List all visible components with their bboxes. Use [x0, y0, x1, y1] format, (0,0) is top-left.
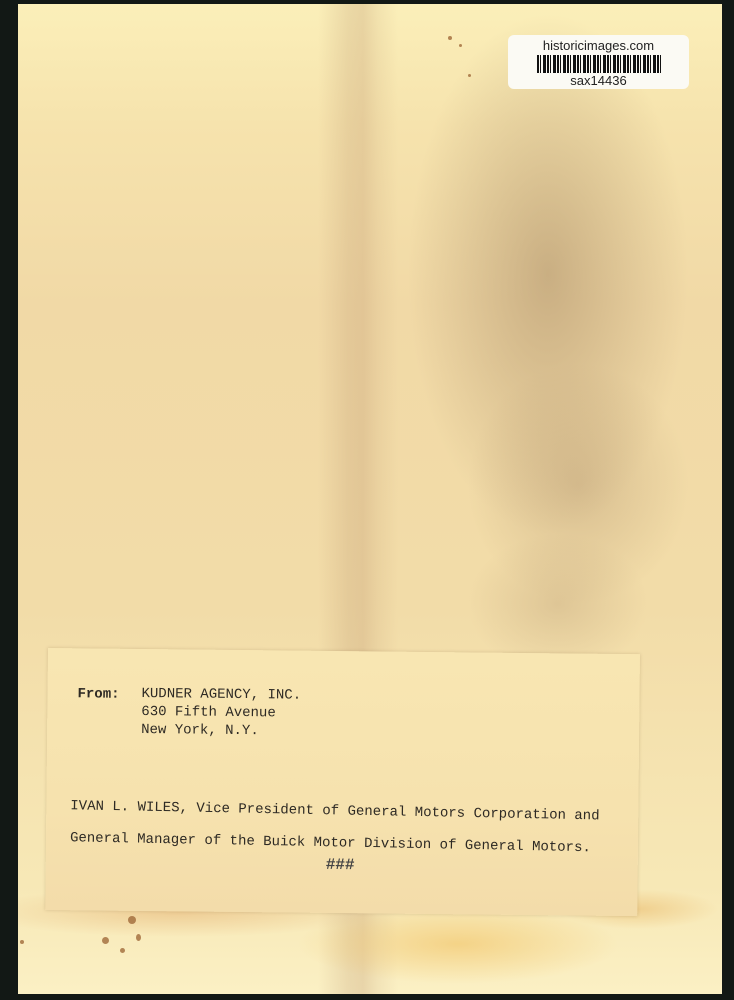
- sender-street: 630 Fifth Avenue: [141, 703, 301, 723]
- barcode-sticker: historicimages.com sax14436: [508, 35, 689, 89]
- sender-name: KUDNER AGENCY, INC.: [141, 685, 301, 705]
- sticker-id-text: sax14436: [570, 74, 626, 88]
- stain-spot: [128, 916, 136, 924]
- from-label: From:: [77, 684, 119, 704]
- stain-spot: [20, 940, 24, 944]
- sticker-site-text: historicimages.com: [543, 39, 654, 53]
- caption-label: From: KUDNER AGENCY, INC. 630 Fifth Aven…: [45, 648, 640, 916]
- sender-address: KUDNER AGENCY, INC. 630 Fifth Avenue New…: [141, 685, 301, 741]
- sender-city: New York, N.Y.: [141, 721, 301, 741]
- stain-spot: [120, 948, 125, 953]
- stain-spot: [459, 44, 462, 47]
- end-mark: ###: [326, 856, 355, 874]
- stain-spot: [102, 937, 109, 944]
- stain-spot: [448, 36, 452, 40]
- barcode-icon: [537, 55, 661, 73]
- stain-spot: [136, 934, 141, 941]
- caption-body: IVAN L. WILES, Vice President of General…: [70, 790, 631, 860]
- stain-spot: [468, 74, 471, 77]
